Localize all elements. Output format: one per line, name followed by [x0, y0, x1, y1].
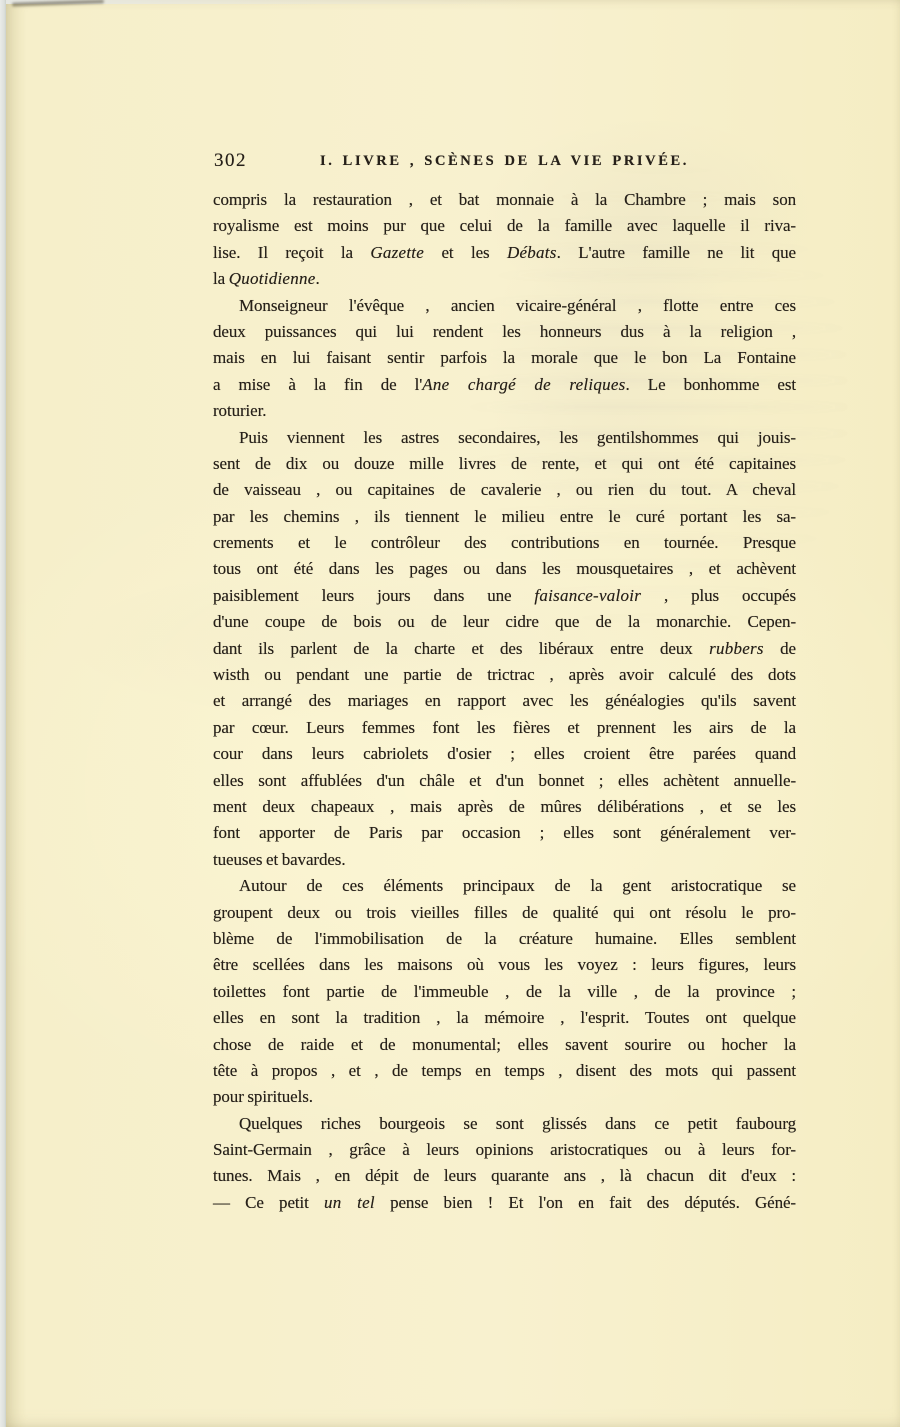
text-line: — Ce petit un tel pense bien ! Et l'on e…	[213, 1190, 796, 1216]
text-line: compris la restauration , et bat monnaie…	[213, 187, 796, 213]
book-page-scan: 302 I. LIVRE , SCÈNES DE LA VIE PRIVÉE. …	[0, 0, 900, 1427]
text-line: Quelques riches bourgeois se sont glissé…	[213, 1111, 796, 1137]
text-line: royalisme est moins pur que celui de la …	[213, 213, 796, 239]
text-line: Saint-Germain , grâce à leurs opinions a…	[213, 1137, 796, 1163]
page-header: 302 I. LIVRE , SCÈNES DE LA VIE PRIVÉE.	[213, 150, 796, 187]
text-line: tunes. Mais , en dépit de leurs quarante…	[213, 1163, 796, 1189]
body-text: compris la restauration , et bat monnaie…	[213, 187, 796, 1216]
text-line: groupent deux ou trois vieilles filles d…	[213, 900, 796, 926]
text-line: chose de raide et de monumental; elles s…	[213, 1032, 796, 1058]
text-line: elles en sont la tradition , la mémoire …	[213, 1005, 796, 1031]
paragraph: — Ce petit un tel pense bien ! Et l'on e…	[213, 1190, 796, 1216]
text-line: pour spirituels.	[213, 1084, 796, 1110]
text-line: par les chemins , ils tiennent le milieu…	[213, 504, 796, 530]
text-line: tête à propos , et , de temps en temps ,…	[213, 1058, 796, 1084]
text-line: de vaisseau , ou capitaines de cavalerie…	[213, 477, 796, 503]
text-line: crements et le contrôleur des contributi…	[213, 530, 796, 556]
text-line: cour dans leurs cabriolets d'osier ; ell…	[213, 741, 796, 767]
text-line: deux puissances qui lui rendent les honn…	[213, 319, 796, 345]
text-line: mais en lui faisant sentir parfois la mo…	[213, 345, 796, 371]
text-line: paisiblement leurs jours dans une faisan…	[213, 583, 796, 609]
paragraph: Puis viennent les astres secondaires, le…	[213, 425, 796, 874]
text-line: Monseigneur l'évêque , ancien vicaire-gé…	[213, 293, 796, 319]
text-line: d'une coupe de bois ou de leur cidre que…	[213, 609, 796, 635]
paragraph: Monseigneur l'évêque , ancien vicaire-gé…	[213, 293, 796, 425]
text-block: 302 I. LIVRE , SCÈNES DE LA VIE PRIVÉE. …	[213, 150, 796, 1216]
text-line: wisth ou pendant une partie de trictrac …	[213, 662, 796, 688]
text-line: a mise à la fin de l'Ane chargé de reliq…	[213, 372, 796, 398]
text-line: blème de l'immobilisation de la créature…	[213, 926, 796, 952]
text-line: sent de dix ou douze mille livres de ren…	[213, 451, 796, 477]
text-line: la Quotidienne.	[213, 266, 796, 292]
paragraph: Autour de ces éléments principaux de la …	[213, 873, 796, 1111]
text-line: font apporter de Paris par occasion ; el…	[213, 820, 796, 846]
scan-left-edge	[0, 0, 6, 1427]
text-line: ment deux chapeaux , mais après de mûres…	[213, 794, 796, 820]
running-header: I. LIVRE , SCÈNES DE LA VIE PRIVÉE.	[213, 153, 796, 170]
text-line: dant ils parlent de la charte et des lib…	[213, 636, 796, 662]
paragraph: compris la restauration , et bat monnaie…	[213, 187, 796, 293]
text-line: lise. Il reçoit la Gazette et les Débats…	[213, 240, 796, 266]
text-line: être scellées dans les maisons où vous l…	[213, 952, 796, 978]
text-line: Autour de ces éléments principaux de la …	[213, 873, 796, 899]
text-line: par cœur. Leurs femmes font les fières e…	[213, 715, 796, 741]
text-line: roturier.	[213, 398, 796, 424]
text-line: Puis viennent les astres secondaires, le…	[213, 425, 796, 451]
text-line: et arrangé des mariages en rapport avec …	[213, 688, 796, 714]
text-line: tous ont été dans les pages ou dans les …	[213, 556, 796, 582]
paragraph: Quelques riches bourgeois se sont glissé…	[213, 1111, 796, 1190]
text-line: tueuses et bavardes.	[213, 847, 796, 873]
text-line: elles sont affublées d'un châle et d'un …	[213, 768, 796, 794]
text-line: toilettes font partie de l'immeuble , de…	[213, 979, 796, 1005]
